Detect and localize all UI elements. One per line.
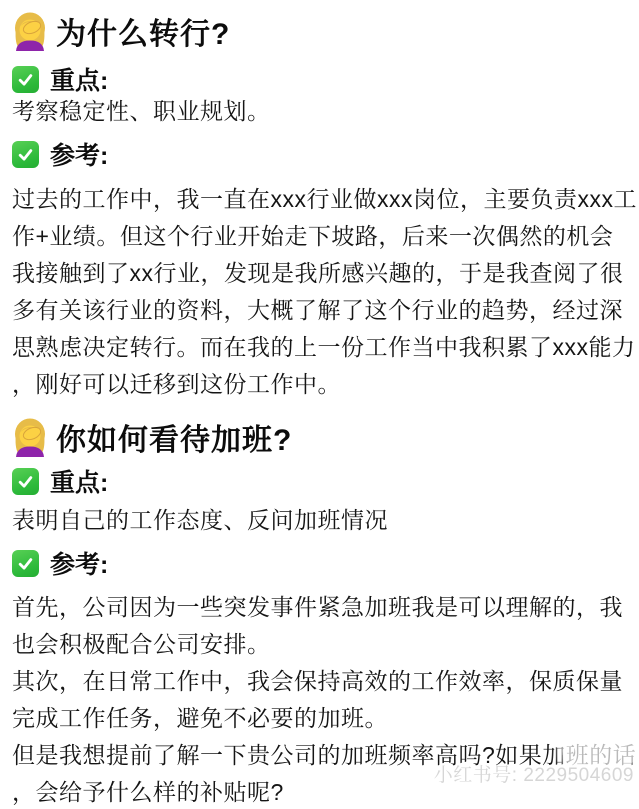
question-title-1: 为什么转行? — [12, 10, 639, 52]
xiaohongshu-id-watermark: 小红书号: 2229504609 — [434, 760, 634, 787]
note-page: 为什么转行? 重点: 考察稳定性、职业规划。 参考: 过去的工作中，我一直在xx… — [0, 0, 639, 809]
key-points-text-2: 表明自己的工作态度、反问加班情况 — [12, 505, 639, 535]
woman-facepalming-icon — [12, 11, 48, 51]
check-mark-icon — [12, 550, 39, 577]
key-points-text-1: 考察稳定性、职业规划。 — [12, 96, 639, 126]
reference-label: 参考: — [50, 136, 108, 172]
question-title-text: 你如何看待加班? — [56, 415, 292, 459]
question-title-2: 你如何看待加班? — [12, 416, 639, 458]
check-mark-icon — [12, 141, 39, 168]
key-points-heading-2: 重点: — [12, 467, 639, 495]
check-mark-icon — [12, 66, 39, 93]
reference-heading-1: 参考: — [12, 140, 639, 168]
key-points-label: 重点: — [50, 463, 108, 499]
woman-facepalming-icon — [12, 417, 48, 457]
reference-answer-text-1: 过去的工作中，我一直在xxx行业做xxx岗位，主要负责xxx工 作+业绩。但这个… — [12, 181, 639, 403]
check-mark-icon — [12, 468, 39, 495]
question-title-text: 为什么转行? — [56, 9, 230, 53]
reference-label: 参考: — [50, 545, 108, 581]
key-points-heading-1: 重点: — [12, 65, 639, 93]
key-points-label: 重点: — [50, 61, 108, 97]
reference-heading-2: 参考: — [12, 549, 639, 577]
